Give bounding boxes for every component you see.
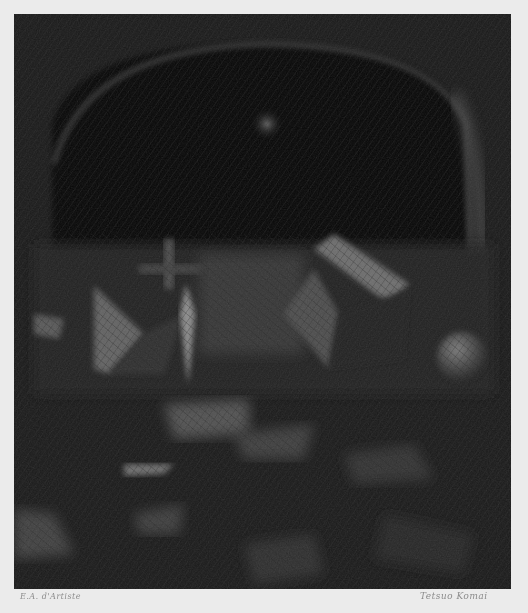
edition-inscription: E.A. d'Artiste: [20, 592, 81, 601]
paper-sheet: E.A. d'Artiste Tetsuo Komai: [0, 0, 528, 613]
artwork-image: [14, 14, 511, 589]
artist-signature: Tetsuo Komai: [420, 592, 488, 602]
print-plate: [14, 14, 511, 589]
